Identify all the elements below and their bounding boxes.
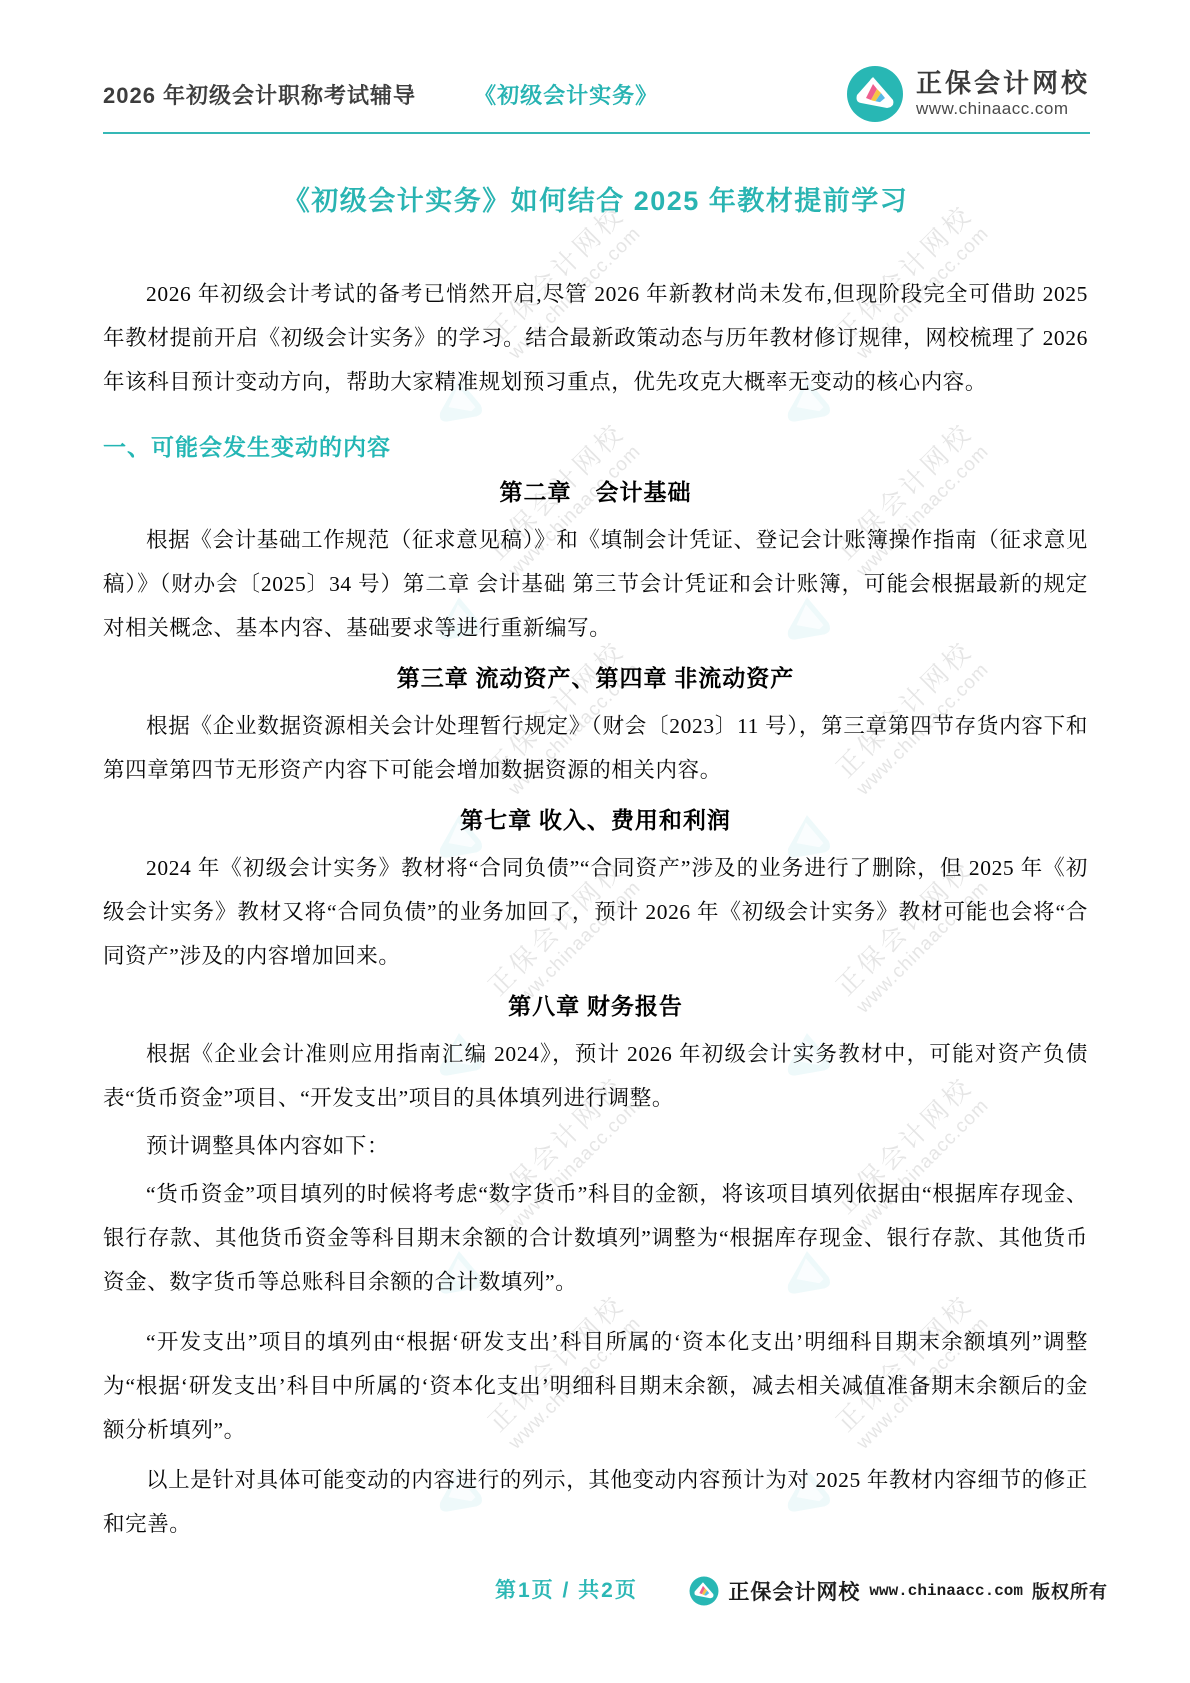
development-expenditure-paragraph: “开发支出”项目的填列由“根据‘研发支出’科目所属的‘资本化支出’明细科目期末余… bbox=[103, 1320, 1088, 1452]
chinaacc-logo-icon bbox=[846, 65, 904, 123]
brand-text: 正保会计网校 www.chinaacc.com bbox=[916, 69, 1090, 118]
document-page: 正保会计网校www.chinaacc.com正保会计网校www.chinaacc… bbox=[0, 0, 1190, 1683]
chapter-3-4-paragraph: 根据《企业数据资源相关会计处理暂行规定》（财会〔2023〕11 号），第三章第四… bbox=[103, 704, 1088, 792]
chapter-3-4-heading: 第三章 流动资产、第四章 非流动资产 bbox=[103, 662, 1088, 696]
chapter-7-heading: 第七章 收入、费用和利润 bbox=[103, 804, 1088, 838]
adjustment-note: 预计调整具体内容如下： bbox=[103, 1124, 1088, 1168]
footer-brand-name: 正保会计网校 bbox=[728, 1576, 860, 1606]
chinaacc-footer-logo-icon bbox=[689, 1576, 719, 1606]
header-course-label: 2026 年初级会计职称考试辅导 bbox=[103, 79, 416, 110]
footer-brand-block: 正保会计网校 www.chinaacc.com 版权所有 bbox=[689, 1568, 1108, 1614]
chapter-8-paragraph: 根据《企业会计准则应用指南汇编 2024》，预计 2026 年初级会计实务教材中… bbox=[103, 1032, 1088, 1120]
closing-paragraph: 以上是针对具体可能变动的内容进行的列示，其他变动内容预计为对 2025 年教材内… bbox=[103, 1458, 1088, 1546]
brand-block: 正保会计网校 www.chinaacc.com bbox=[846, 65, 1090, 123]
page-title: 《初级会计实务》如何结合 2025 年教材提前学习 bbox=[103, 182, 1088, 220]
page-number-indicator: 第1页 / 共2页 bbox=[495, 1574, 638, 1604]
page-header: 2026 年初级会计职称考试辅导 《初级会计实务》 正保会计网校 www.chi… bbox=[103, 56, 1090, 132]
header-left: 2026 年初级会计职称考试辅导 《初级会计实务》 bbox=[103, 79, 658, 110]
monetary-funds-paragraph: “货币资金”项目填列的时候将考虑“数字货币”科目的金额，将该项目填列依据由“根据… bbox=[103, 1172, 1088, 1304]
footer-brand-url: www.chinaacc.com bbox=[869, 1582, 1023, 1600]
chapter-2-heading: 第二章 会计基础 bbox=[103, 476, 1088, 510]
section-heading: 一、可能会发生变动的内容 bbox=[103, 430, 1088, 464]
brand-name: 正保会计网校 bbox=[916, 69, 1090, 99]
intro-paragraph: 2026 年初级会计考试的备考已悄然开启,尽管 2026 年新教材尚未发布,但现… bbox=[103, 272, 1088, 404]
header-subject-label: 《初级会计实务》 bbox=[474, 79, 658, 110]
chapter-7-paragraph: 2024 年《初级会计实务》教材将“合同负债”“合同资产”涉及的业务进行了删除，… bbox=[103, 846, 1088, 978]
chapter-2-paragraph: 根据《会计基础工作规范（征求意见稿）》和《填制会计凭证、登记会计账簿操作指南（征… bbox=[103, 518, 1088, 650]
header-divider bbox=[103, 132, 1090, 134]
brand-url: www.chinaacc.com bbox=[916, 99, 1090, 119]
footer-copyright: 版权所有 bbox=[1032, 1578, 1108, 1604]
chapter-8-heading: 第八章 财务报告 bbox=[103, 990, 1088, 1024]
page-footer: 第1页 / 共2页 正保会计网校 www.chinaacc.com 版权所有 bbox=[0, 1568, 1190, 1614]
document-content: 《初级会计实务》如何结合 2025 年教材提前学习 2026 年初级会计考试的备… bbox=[103, 182, 1088, 1546]
